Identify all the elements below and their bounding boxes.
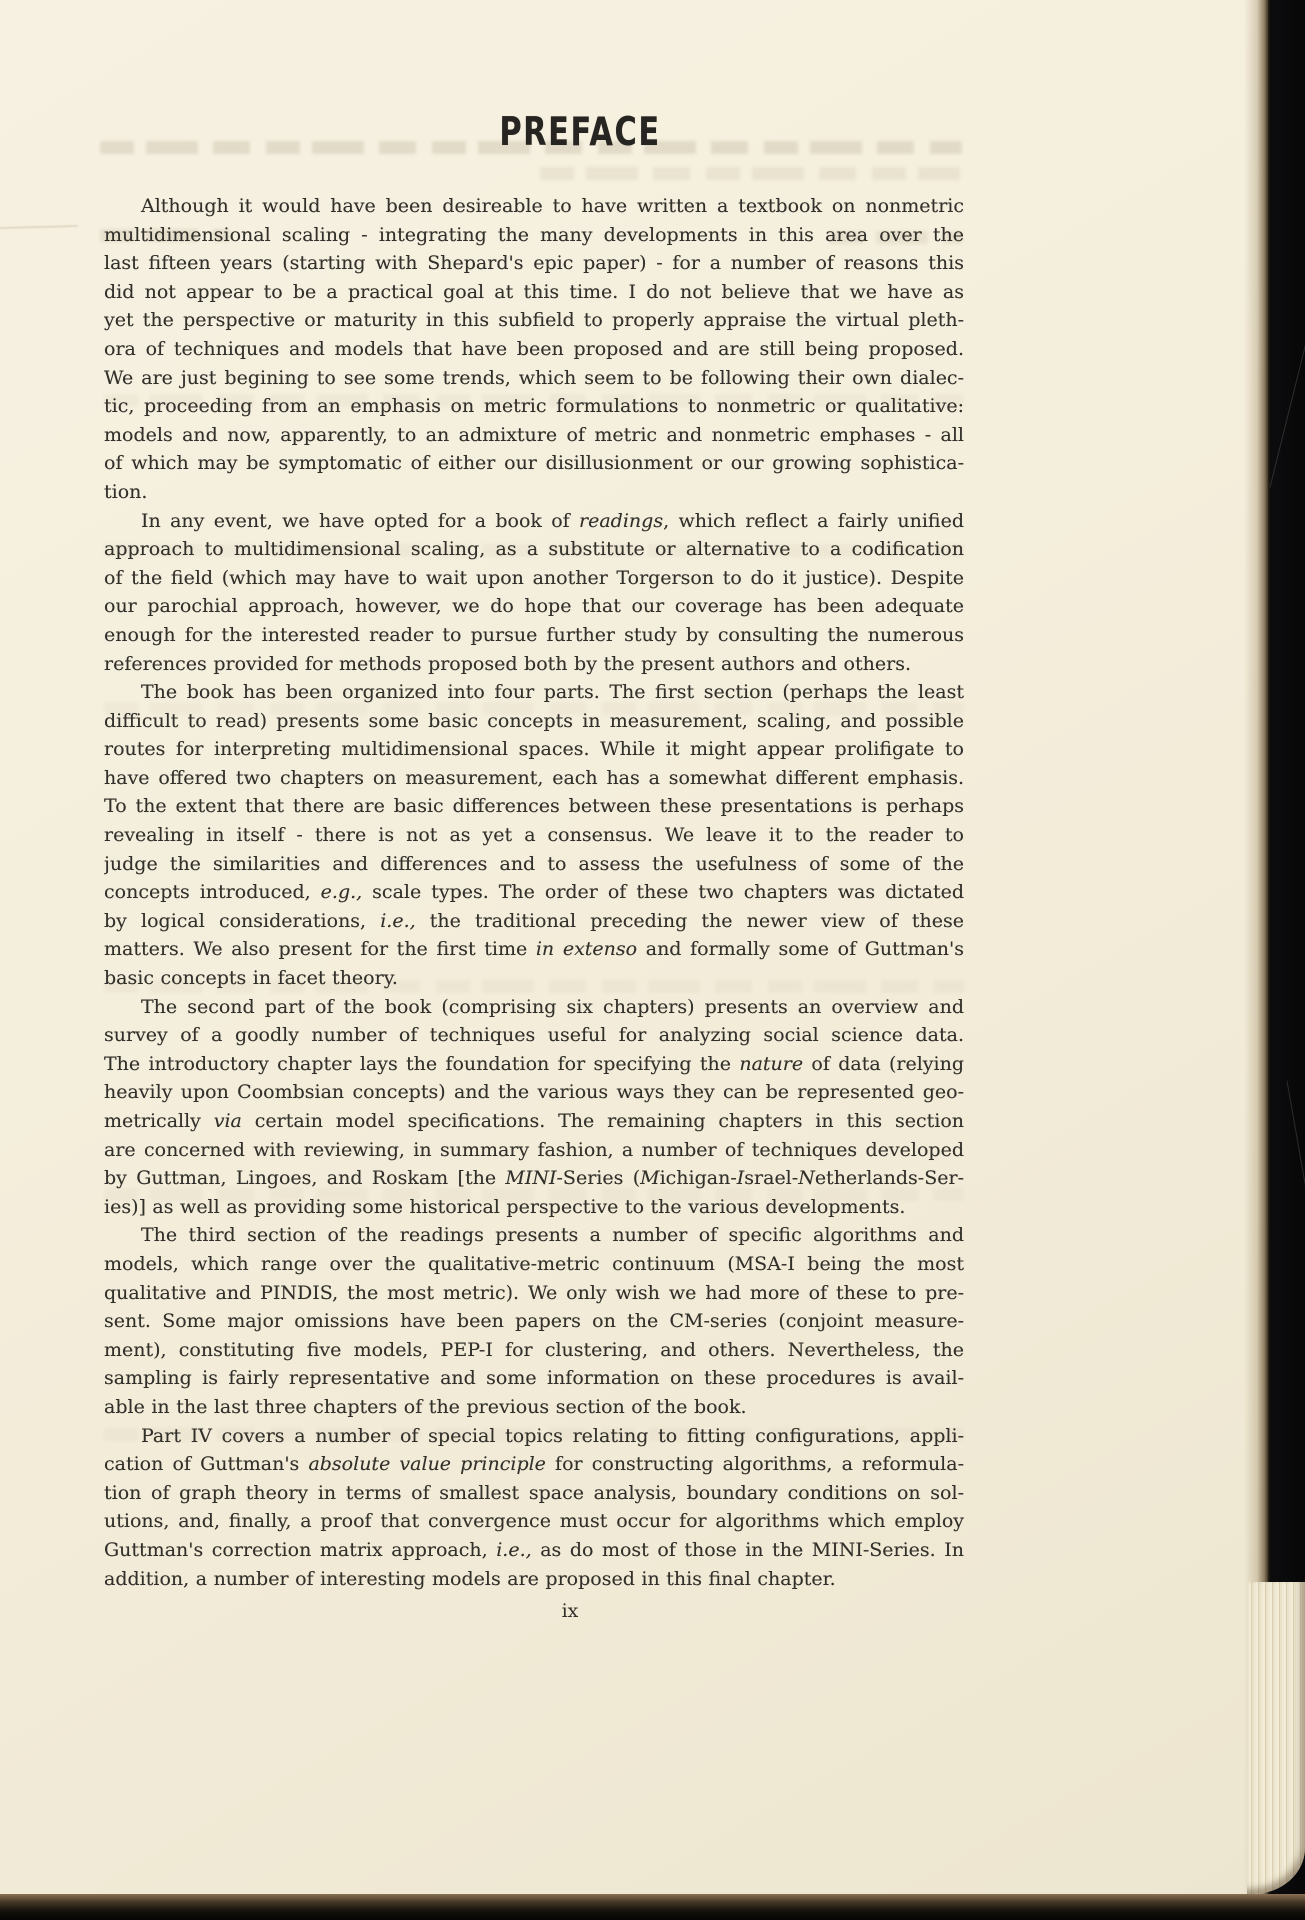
paragraph: In any event, we have opted for a book o… bbox=[104, 507, 964, 679]
body-line: difficult to read) presents some basic c… bbox=[104, 707, 964, 736]
body-line: enough for the interested reader to purs… bbox=[104, 621, 964, 650]
bleedthrough-ghost bbox=[540, 167, 960, 180]
body-line: multidimensional scaling - integrating t… bbox=[104, 221, 964, 250]
body-line: tion of graph theory in terms of smalles… bbox=[104, 1479, 964, 1508]
body-line: ies)] as well as providing some historic… bbox=[104, 1193, 964, 1222]
body-line: Guttman's correction matrix approach, i.… bbox=[104, 1536, 964, 1565]
body-line: routes for interpreting multidimensional… bbox=[104, 735, 964, 764]
body-line: The second part of the book (comprising … bbox=[104, 993, 964, 1022]
body-line: The third section of the readings presen… bbox=[104, 1221, 964, 1250]
body-line: The book has been organized into four pa… bbox=[104, 678, 964, 707]
body-line: Although it would have been desireable t… bbox=[104, 192, 964, 221]
body-line: tic, proceeding from an emphasis on metr… bbox=[104, 392, 964, 421]
body-line: heavily upon Coombsian concepts) and the… bbox=[104, 1078, 964, 1107]
body-line: judge the similarities and differences a… bbox=[104, 850, 964, 879]
body-line: by Guttman, Lingoes, and Roskam [the MIN… bbox=[104, 1164, 964, 1193]
body-line: qualitative and PINDIS, the most metric)… bbox=[104, 1279, 964, 1308]
body-line: of which may be symptomatic of either ou… bbox=[104, 449, 964, 478]
body-line: of the field (which may have to wait upo… bbox=[104, 564, 964, 593]
body-line: yet the perspective or maturity in this … bbox=[104, 306, 964, 335]
body-line: basic concepts in facet theory. bbox=[104, 964, 964, 993]
body-line: references provided for methods proposed… bbox=[104, 650, 964, 679]
body-line: ora of techniques and models that have b… bbox=[104, 335, 964, 364]
body-line: are concerned with reviewing, in summary… bbox=[104, 1136, 964, 1165]
body-line: able in the last three chapters of the p… bbox=[104, 1393, 964, 1422]
body-line: tion. bbox=[104, 478, 964, 507]
body-line: ment), constituting five models, PEP-I f… bbox=[104, 1336, 964, 1365]
body-line: addition, a number of interesting models… bbox=[104, 1565, 964, 1594]
body-line: last fifteen years (starting with Shepar… bbox=[104, 249, 964, 278]
book-page-stack-edge bbox=[1247, 1582, 1305, 1894]
paragraph: The book has been organized into four pa… bbox=[104, 678, 964, 993]
body-line: approach to multidimensional scaling, as… bbox=[104, 535, 964, 564]
body-line: did not appear to be a practical goal at… bbox=[104, 278, 964, 307]
page-title: PREFACE bbox=[245, 112, 916, 154]
scanner-bed-strip bbox=[0, 1894, 1305, 1920]
paper-crease bbox=[0, 225, 78, 229]
body-line: cation of Guttman's absolute value princ… bbox=[104, 1450, 964, 1479]
paragraph: The third section of the readings presen… bbox=[104, 1221, 964, 1421]
preface-body: Although it would have been desireable t… bbox=[104, 192, 964, 1593]
page-number: ix bbox=[0, 1600, 1140, 1622]
body-line: metrically via certain model specificati… bbox=[104, 1107, 964, 1136]
body-line: In any event, we have opted for a book o… bbox=[104, 507, 964, 536]
paragraph: Although it would have been desireable t… bbox=[104, 192, 964, 507]
body-line: Part IV covers a number of special topic… bbox=[104, 1422, 964, 1451]
body-line: concepts introduced, e.g., scale types. … bbox=[104, 878, 964, 907]
body-line: sampling is fairly representative and so… bbox=[104, 1364, 964, 1393]
body-line: sent. Some major omissions have been pap… bbox=[104, 1307, 964, 1336]
body-line: To the extent that there are basic diffe… bbox=[104, 792, 964, 821]
body-line: by logical considerations, i.e., the tra… bbox=[104, 907, 964, 936]
scanned-book-page: PREFACE Although it would have been desi… bbox=[0, 0, 1305, 1920]
body-line: We are just begining to see some trends,… bbox=[104, 364, 964, 393]
paragraph: Part IV covers a number of special topic… bbox=[104, 1422, 964, 1594]
body-line: models, which range over the qualitative… bbox=[104, 1250, 964, 1279]
body-line: utions, and, finally, a proof that conve… bbox=[104, 1507, 964, 1536]
body-line: survey of a goodly number of techniques … bbox=[104, 1021, 964, 1050]
body-line: have offered two chapters on measurement… bbox=[104, 764, 964, 793]
body-line: revealing in itself - there is not as ye… bbox=[104, 821, 964, 850]
paragraph: The second part of the book (comprising … bbox=[104, 993, 964, 1222]
body-line: The introductory chapter lays the founda… bbox=[104, 1050, 964, 1079]
body-line: models and now, apparently, to an admixt… bbox=[104, 421, 964, 450]
body-line: matters. We also present for the first t… bbox=[104, 935, 964, 964]
body-line: our parochial approach, however, we do h… bbox=[104, 592, 964, 621]
